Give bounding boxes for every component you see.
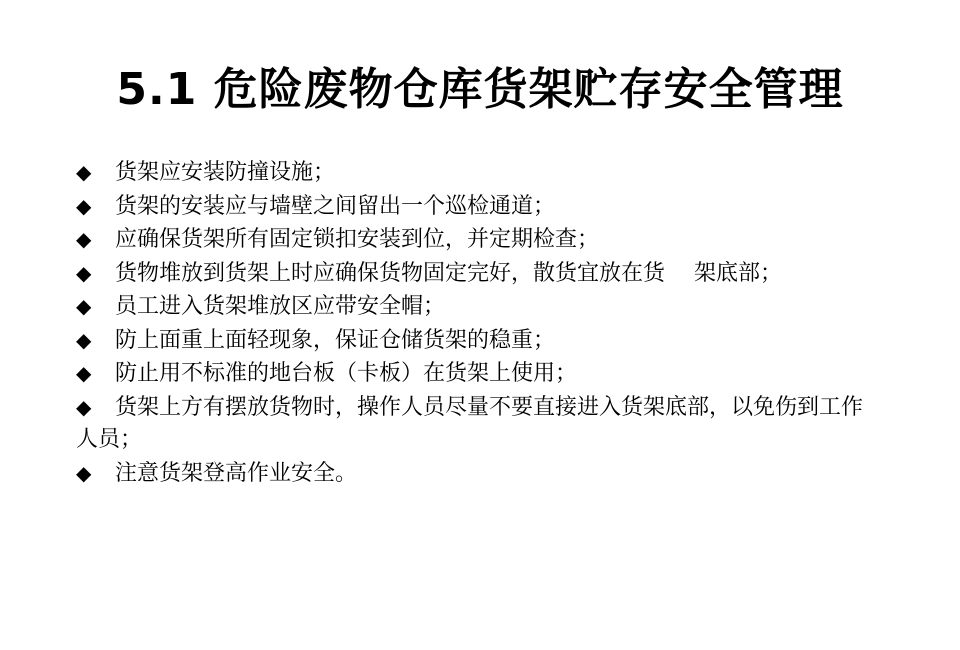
diamond-bullet-icon: ◆ bbox=[76, 190, 98, 223]
list-item-text: 货架上方有摆放货物时，操作人员尽量不要直接进入货架底部，以免伤到工作人员； bbox=[76, 395, 863, 453]
list-item: ◆防上面重上面轻现象，保证仓储货架的稳重； bbox=[76, 324, 884, 358]
list-item-text: 应确保货架所有固定锁扣安装到位，并定期检查； bbox=[115, 227, 599, 252]
list-item: ◆货架应安装防撞设施； bbox=[76, 156, 884, 190]
slide-title: 5.1 危险废物仓库货架贮存安全管理 bbox=[0, 58, 960, 122]
list-item-text: 注意货架登高作业安全。 bbox=[115, 461, 357, 486]
diamond-bullet-icon: ◆ bbox=[76, 156, 98, 189]
diamond-bullet-icon: ◆ bbox=[76, 257, 98, 290]
list-item: ◆注意货架登高作业安全。 bbox=[76, 457, 884, 491]
list-item-text: 员工进入货架堆放区应带安全帽； bbox=[115, 294, 445, 319]
diamond-bullet-icon: ◆ bbox=[76, 357, 98, 390]
list-item-text: 货架的安装应与墙壁之间留出一个巡检通道； bbox=[115, 194, 555, 219]
list-item: ◆货架上方有摆放货物时，操作人员尽量不要直接进入货架底部，以免伤到工作人员； bbox=[76, 391, 884, 457]
list-item-text: 货架应安装防撞设施； bbox=[115, 160, 335, 185]
diamond-bullet-icon: ◆ bbox=[76, 457, 98, 490]
list-item-text: 防止用不标准的地台板（卡板）在货架上使用； bbox=[115, 361, 577, 386]
list-item-text: 货物堆放到货架上时应确保货物固定完好，散货宜放在货 架底部； bbox=[115, 261, 782, 286]
list-item: ◆货物堆放到货架上时应确保货物固定完好，散货宜放在货 架底部； bbox=[76, 257, 884, 291]
bullet-list: ◆货架应安装防撞设施； ◆货架的安装应与墙壁之间留出一个巡检通道； ◆应确保货架… bbox=[76, 156, 884, 490]
diamond-bullet-icon: ◆ bbox=[76, 391, 98, 424]
list-item: ◆防止用不标准的地台板（卡板）在货架上使用； bbox=[76, 357, 884, 391]
list-item: ◆员工进入货架堆放区应带安全帽； bbox=[76, 290, 884, 324]
diamond-bullet-icon: ◆ bbox=[76, 324, 98, 357]
diamond-bullet-icon: ◆ bbox=[76, 290, 98, 323]
diamond-bullet-icon: ◆ bbox=[76, 223, 98, 256]
list-item-text: 防上面重上面轻现象，保证仓储货架的稳重； bbox=[115, 328, 555, 353]
list-item: ◆应确保货架所有固定锁扣安装到位，并定期检查； bbox=[76, 223, 884, 257]
list-item: ◆货架的安装应与墙壁之间留出一个巡检通道； bbox=[76, 190, 884, 224]
